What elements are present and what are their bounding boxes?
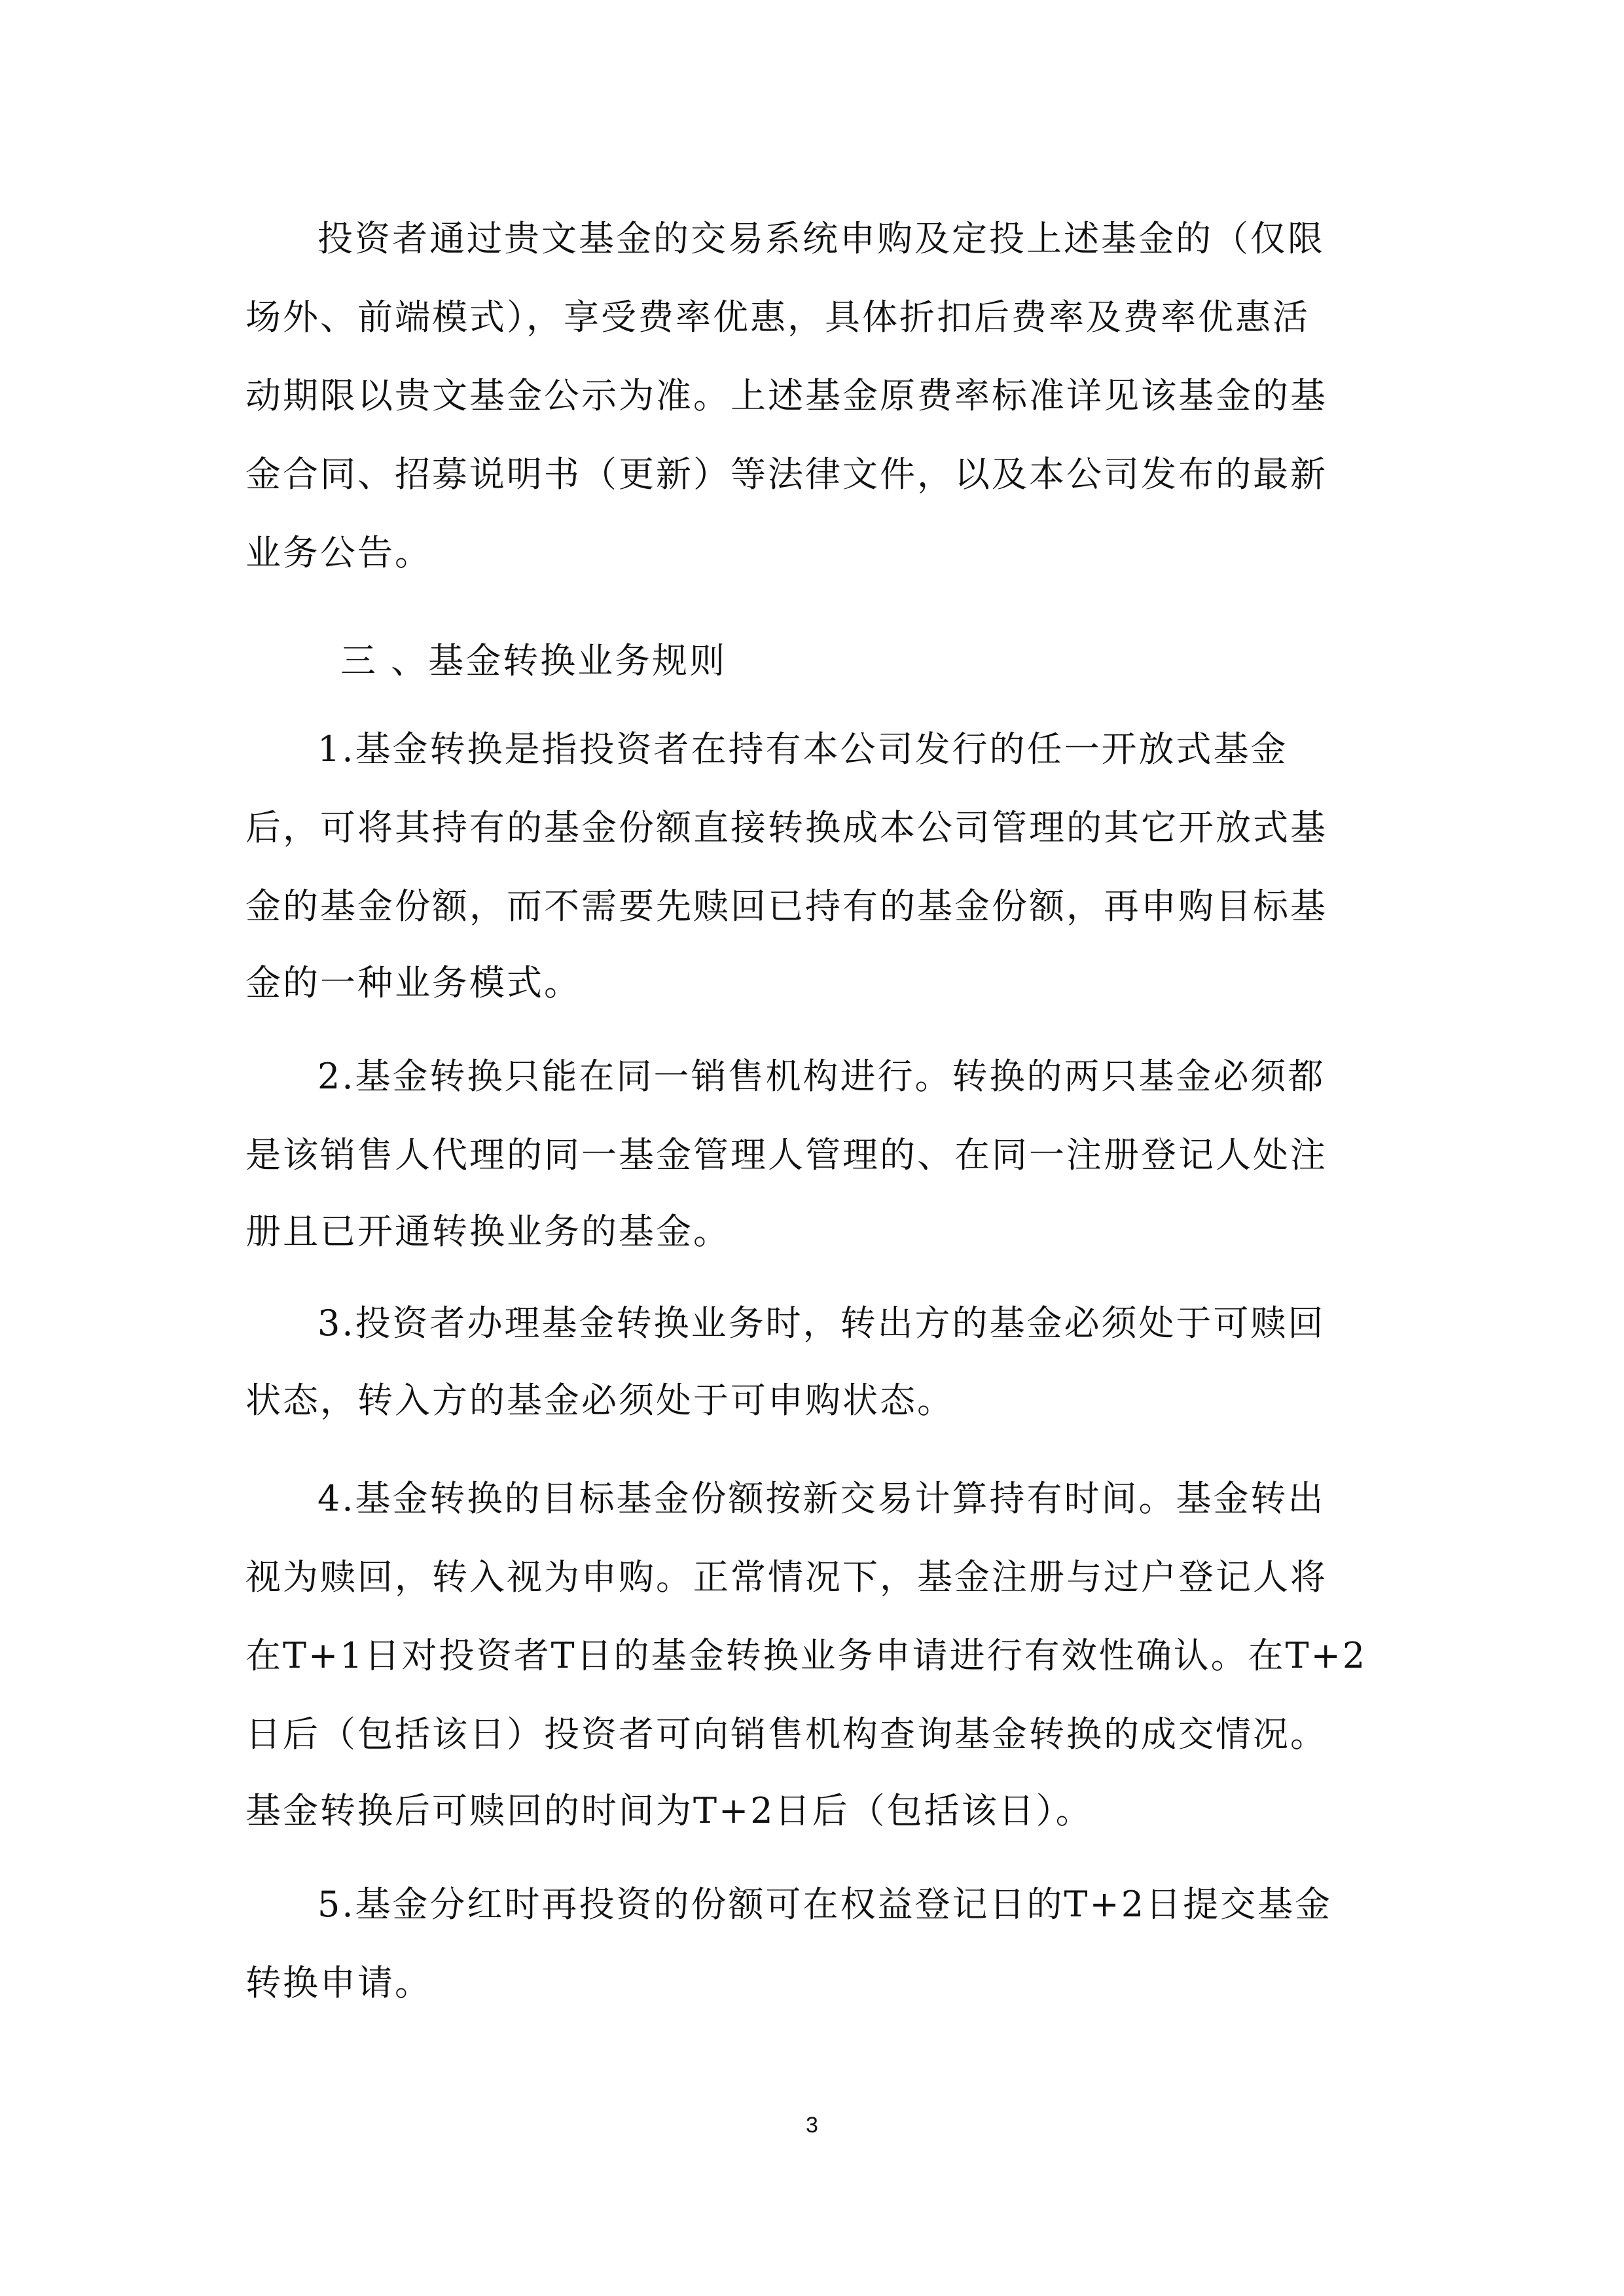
paragraph-line: 1.基金转换是指投资者在持有本公司发行的任一开放式基金 — [317, 728, 1288, 770]
paragraph-line: 投资者通过贵文基金的交易系统申购及定投上述基金的（仅限 — [317, 218, 1325, 260]
paragraph-line: 册且已开通转换业务的基金。 — [245, 1211, 731, 1253]
paragraph-line: 3.投资者办理基金转换业务时，转出方的基金必须处于可赎回 — [317, 1302, 1326, 1344]
paragraph-line: 视为赎回，转入视为申购。正常情况下，基金注册与过户登记人将 — [245, 1556, 1327, 1598]
paragraph-line: 转换申请。 — [245, 1962, 432, 2004]
paragraph-line: 金的基金份额，而不需要先赎回已持有的基金份额，再申购目标基 — [245, 886, 1327, 927]
paragraph-line: 日后（包括该日）投资者可向销售机构查询基金转换的成交情况。 — [245, 1713, 1327, 1755]
paragraph-line: 2.基金转换只能在同一销售机构进行。转换的两只基金必须都 — [317, 1056, 1326, 1098]
paragraph-line: 业务公告。 — [245, 532, 432, 574]
section-heading: 三 、基金转换业务规则 — [340, 640, 727, 682]
paragraph-line: 4.基金转换的目标基金份额按新交易计算持有时间。基金转出 — [317, 1478, 1326, 1520]
paragraph-line: 基金转换后可赎回的时间为T+2日后（包括该日）。 — [245, 1790, 1093, 1832]
paragraph-line: 状态，转入方的基金必须处于可申购状态。 — [245, 1380, 954, 1422]
page-number: 3 — [0, 2113, 1624, 2138]
paragraph-line: 金的一种业务模式。 — [245, 962, 581, 1004]
document-page: 投资者通过贵文基金的交易系统申购及定投上述基金的（仅限 场外、前端模式），享受费… — [0, 0, 1624, 2296]
paragraph-line: 是该销售人代理的同一基金管理人管理的、在同一注册登记人处注 — [245, 1134, 1327, 1176]
paragraph-line: 后，可将其持有的基金份额直接转换成本公司管理的其它开放式基 — [245, 807, 1327, 849]
paragraph-line: 5.基金分红时再投资的份额可在权益登记日的T+2日提交基金 — [317, 1884, 1332, 1926]
paragraph-line: 场外、前端模式），享受费率优惠，具体折扣后费率及费率优惠活 — [245, 296, 1310, 338]
paragraph-line: 动期限以贵文基金公示为准。上述基金原费率标准详见该基金的基 — [245, 375, 1327, 417]
paragraph-line: 在T+1日对投资者T日的基金转换业务申请进行有效性确认。在T+2 — [245, 1635, 1367, 1677]
paragraph-line: 金合同、招募说明书（更新）等法律文件，以及本公司发布的最新 — [245, 454, 1327, 495]
